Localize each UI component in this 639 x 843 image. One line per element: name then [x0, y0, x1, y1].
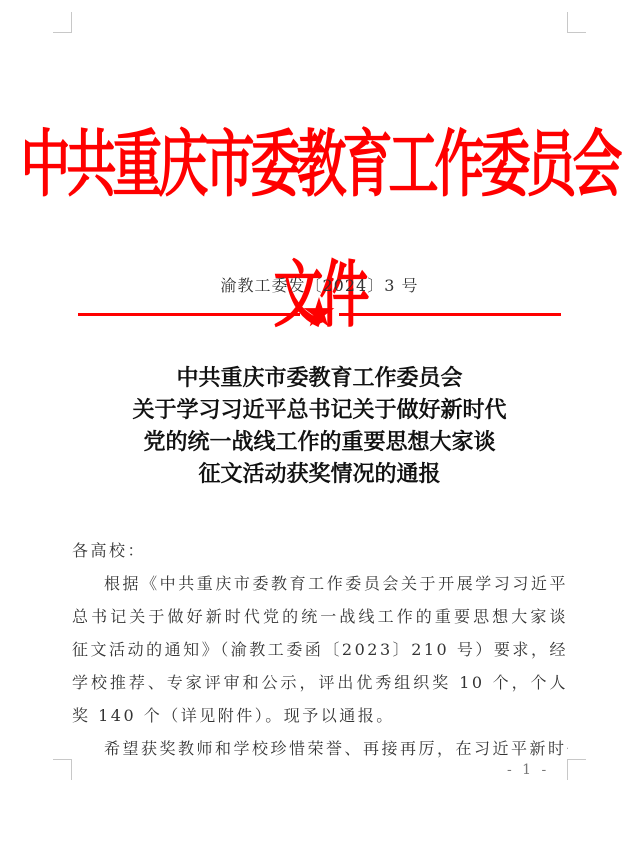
document-title: 中共重庆市委教育工作委员会 关于学习习近平总书记关于做好新时代 党的统一战线工作… — [0, 362, 639, 490]
body-paragraph: 希望获奖教师和学校珍惜荣誉、再接再厉，在习近平新时代 — [72, 732, 568, 765]
crop-mark-bottom-right — [567, 759, 586, 780]
red-rule-left — [78, 313, 300, 316]
document-number: 渝教工委发〔2024〕3 号 — [0, 273, 639, 296]
document-body: 各高校： 根据《中共重庆市委教育工作委员会关于开展学习习近平总书记关于做好新时代… — [72, 534, 568, 765]
title-line: 关于学习习近平总书记关于做好新时代 — [0, 394, 639, 426]
red-star-icon — [303, 296, 335, 328]
page-number: - 1 - — [507, 762, 549, 778]
addressee: 各高校： — [72, 534, 568, 567]
crop-mark-top-left — [53, 12, 72, 33]
red-rule-right — [339, 313, 561, 316]
crop-mark-bottom-left — [53, 759, 72, 780]
title-line: 中共重庆市委教育工作委员会 — [0, 362, 639, 394]
crop-mark-top-right — [567, 12, 586, 33]
title-line: 党的统一战线工作的重要思想大家谈 — [0, 426, 639, 458]
title-line: 征文活动获奖情况的通报 — [0, 458, 639, 490]
body-paragraph: 根据《中共重庆市委教育工作委员会关于开展学习习近平总书记关于做好新时代党的统一战… — [72, 567, 568, 732]
